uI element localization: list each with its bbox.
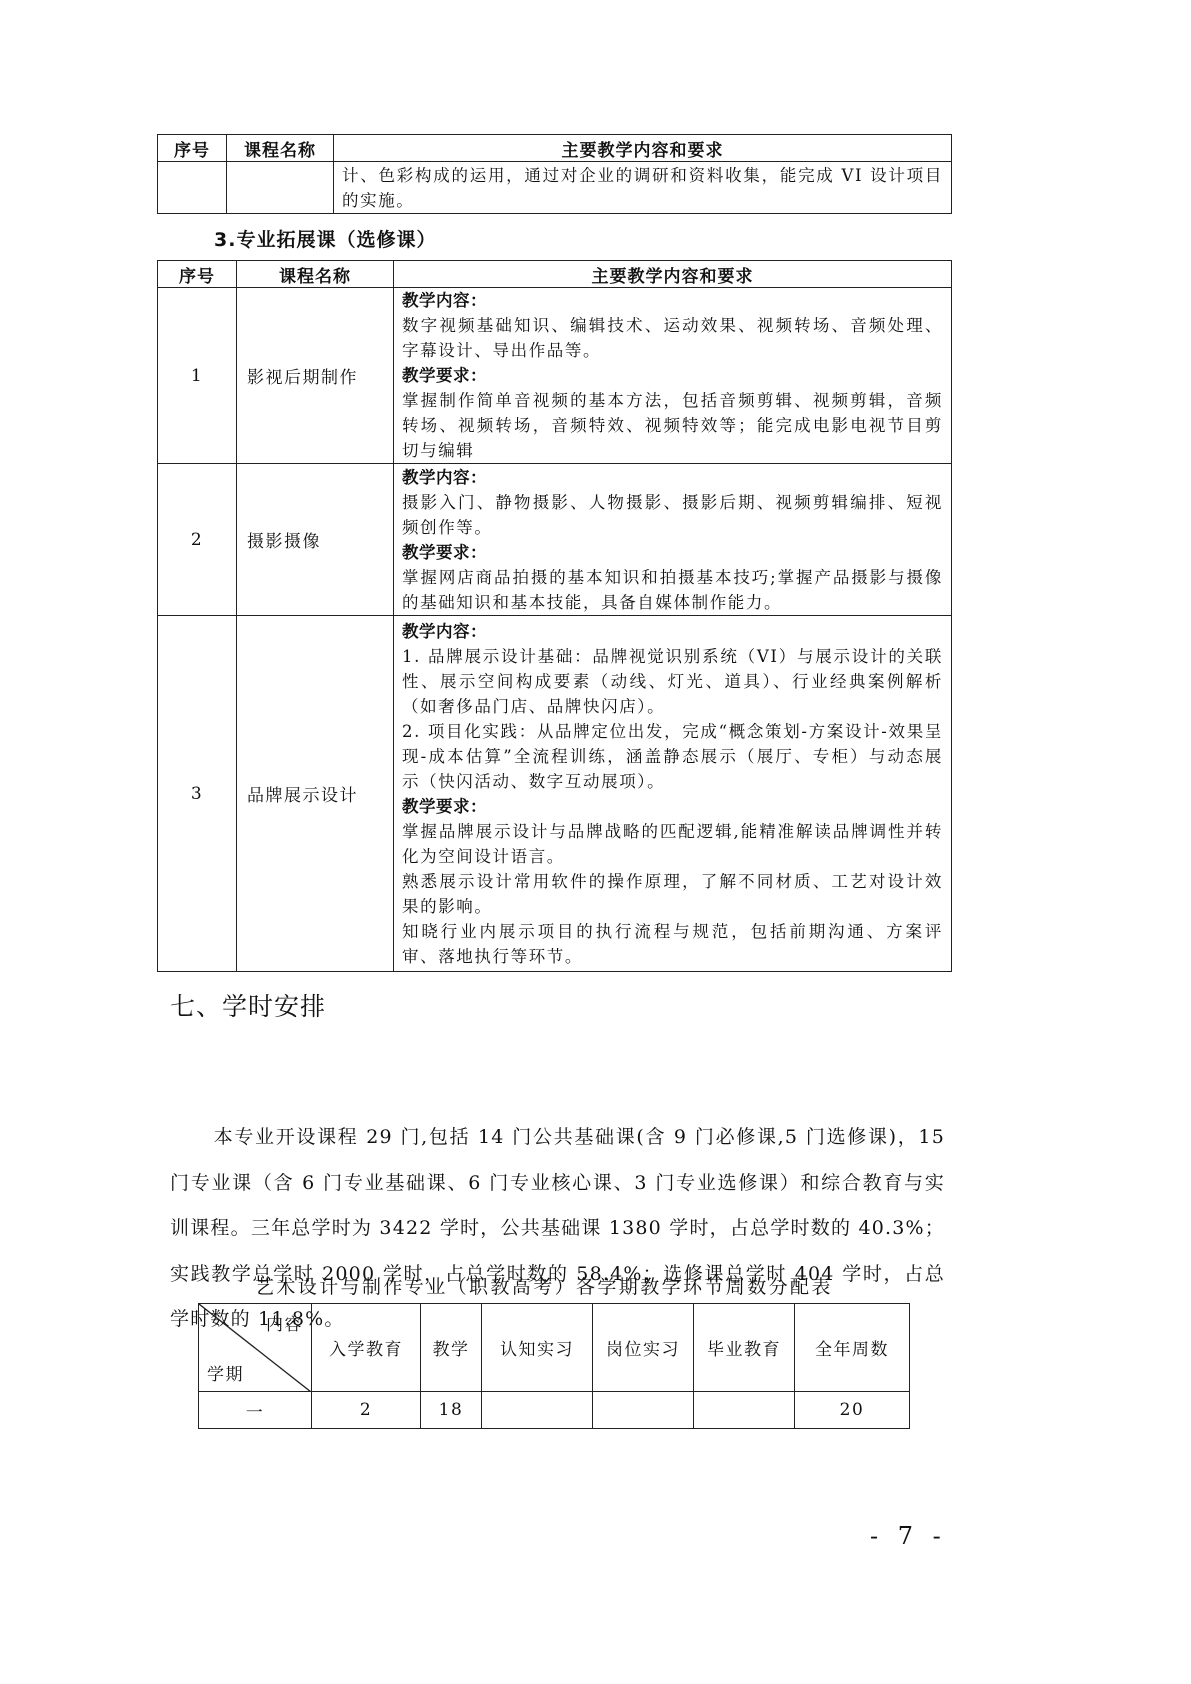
header-course-name: 课程名称	[237, 261, 394, 288]
cell-content: 计、色彩构成的运用，通过对企业的调研和资料收集，能完成 VI 设计项目的实施。	[334, 162, 952, 214]
requirements-text: 掌握网店商品拍摄的基本知识和拍摄基本技巧;掌握产品摄影与摄像的基础知识和基本技能…	[402, 565, 943, 615]
value-cell: 2	[312, 1392, 421, 1429]
table-row: 3 品牌展示设计 教学内容： 1. 品牌展示设计基础：品牌视觉识别系统（VI）与…	[158, 616, 952, 972]
header-teaching: 教学	[421, 1304, 482, 1392]
requirement-item: 熟悉展示设计常用软件的操作原理，了解不同材质、工艺对设计效果的影响。	[402, 869, 943, 919]
requirements-label: 教学要求：	[402, 363, 943, 388]
header-content: 主要教学内容和要求	[394, 261, 952, 288]
corner-bottom-label: 学期	[207, 1360, 244, 1385]
requirements-text: 掌握制作简单音视频的基本方法，包括音频剪辑、视频剪辑，音频转场、视频转场，音频特…	[402, 388, 943, 463]
course-table-continued: 序号 课程名称 主要教学内容和要求 计、色彩构成的运用，通过对企业的调研和资料收…	[157, 134, 952, 214]
row-content: 教学内容： 摄影入门、静物摄影、人物摄影、摄影后期、视频剪辑编排、短视频创作等。…	[394, 464, 952, 616]
requirement-item: 掌握品牌展示设计与品牌战略的匹配逻辑,能精准解读品牌调性并转化为空间设计语言。	[402, 819, 943, 869]
corner-cell: 内容 学期	[199, 1304, 312, 1392]
row-course-name: 摄影摄像	[237, 464, 394, 616]
content-item: 1. 品牌展示设计基础：品牌视觉识别系统（VI）与展示设计的关联性、展示空间构成…	[402, 644, 943, 719]
elective-course-table: 序号 课程名称 主要教学内容和要求 1 影视后期制作 教学内容： 数字视频基础知…	[157, 260, 952, 972]
section-heading-elective: 3.专业拓展课（选修课）	[214, 225, 436, 252]
content-label: 教学内容：	[402, 288, 943, 313]
header-cognitive-internship: 认知实习	[482, 1304, 593, 1392]
header-course-name: 课程名称	[227, 135, 334, 162]
content-item: 2. 项目化实践：从品牌定位出发，完成“概念策划-方案设计-效果呈现-成本估算”…	[402, 719, 943, 794]
row-content: 教学内容： 数字视频基础知识、编辑技术、运动效果、视频转场、音频处理、字幕设计、…	[394, 288, 952, 464]
table-row: 2 摄影摄像 教学内容： 摄影入门、静物摄影、人物摄影、摄影后期、视频剪辑编排、…	[158, 464, 952, 616]
row-index: 2	[158, 464, 237, 616]
corner-top-label: 内容	[266, 1310, 303, 1335]
value-cell: 20	[795, 1392, 910, 1429]
content-label: 教学内容：	[402, 465, 943, 490]
table-caption: 艺术设计与制作专业（职教高考）各学期教学环节周数分配表	[255, 1272, 833, 1299]
cell-course-name	[227, 162, 334, 214]
table-row: 1 影视后期制作 教学内容： 数字视频基础知识、编辑技术、运动效果、视频转场、音…	[158, 288, 952, 464]
requirements-label: 教学要求：	[402, 540, 943, 565]
value-cell: 18	[421, 1392, 482, 1429]
row-index: 3	[158, 616, 237, 972]
table-row: 一 2 18 20	[199, 1392, 910, 1429]
content-text: 摄影入门、静物摄影、人物摄影、摄影后期、视频剪辑编排、短视频创作等。	[402, 490, 943, 540]
section-heading-hours: 七、学时安排	[170, 987, 326, 1023]
requirements-label: 教学要求：	[402, 794, 943, 819]
row-index: 1	[158, 288, 237, 464]
header-orientation: 入学教育	[312, 1304, 421, 1392]
value-cell	[694, 1392, 795, 1429]
requirement-item: 知晓行业内展示项目的执行流程与规范，包括前期沟通、方案评审、落地执行等环节。	[402, 919, 943, 969]
value-cell	[593, 1392, 694, 1429]
weeks-distribution-table: 内容 学期 入学教育 教学 认知实习 岗位实习 毕业教育 全年周数 一 2 18…	[198, 1303, 910, 1429]
header-graduation-education: 毕业教育	[694, 1304, 795, 1392]
semester-cell: 一	[199, 1392, 312, 1429]
cell-index	[158, 162, 227, 214]
header-content: 主要教学内容和要求	[334, 135, 952, 162]
header-total-weeks: 全年周数	[795, 1304, 910, 1392]
page-number: - 7 -	[870, 1522, 947, 1550]
header-index: 序号	[158, 261, 237, 288]
row-content: 教学内容： 1. 品牌展示设计基础：品牌视觉识别系统（VI）与展示设计的关联性、…	[394, 616, 952, 972]
content-text: 数字视频基础知识、编辑技术、运动效果、视频转场、音频处理、字幕设计、导出作品等。	[402, 313, 943, 363]
content-label: 教学内容：	[402, 619, 943, 644]
row-course-name: 品牌展示设计	[237, 616, 394, 972]
header-post-internship: 岗位实习	[593, 1304, 694, 1392]
row-course-name: 影视后期制作	[237, 288, 394, 464]
header-index: 序号	[158, 135, 227, 162]
value-cell	[482, 1392, 593, 1429]
